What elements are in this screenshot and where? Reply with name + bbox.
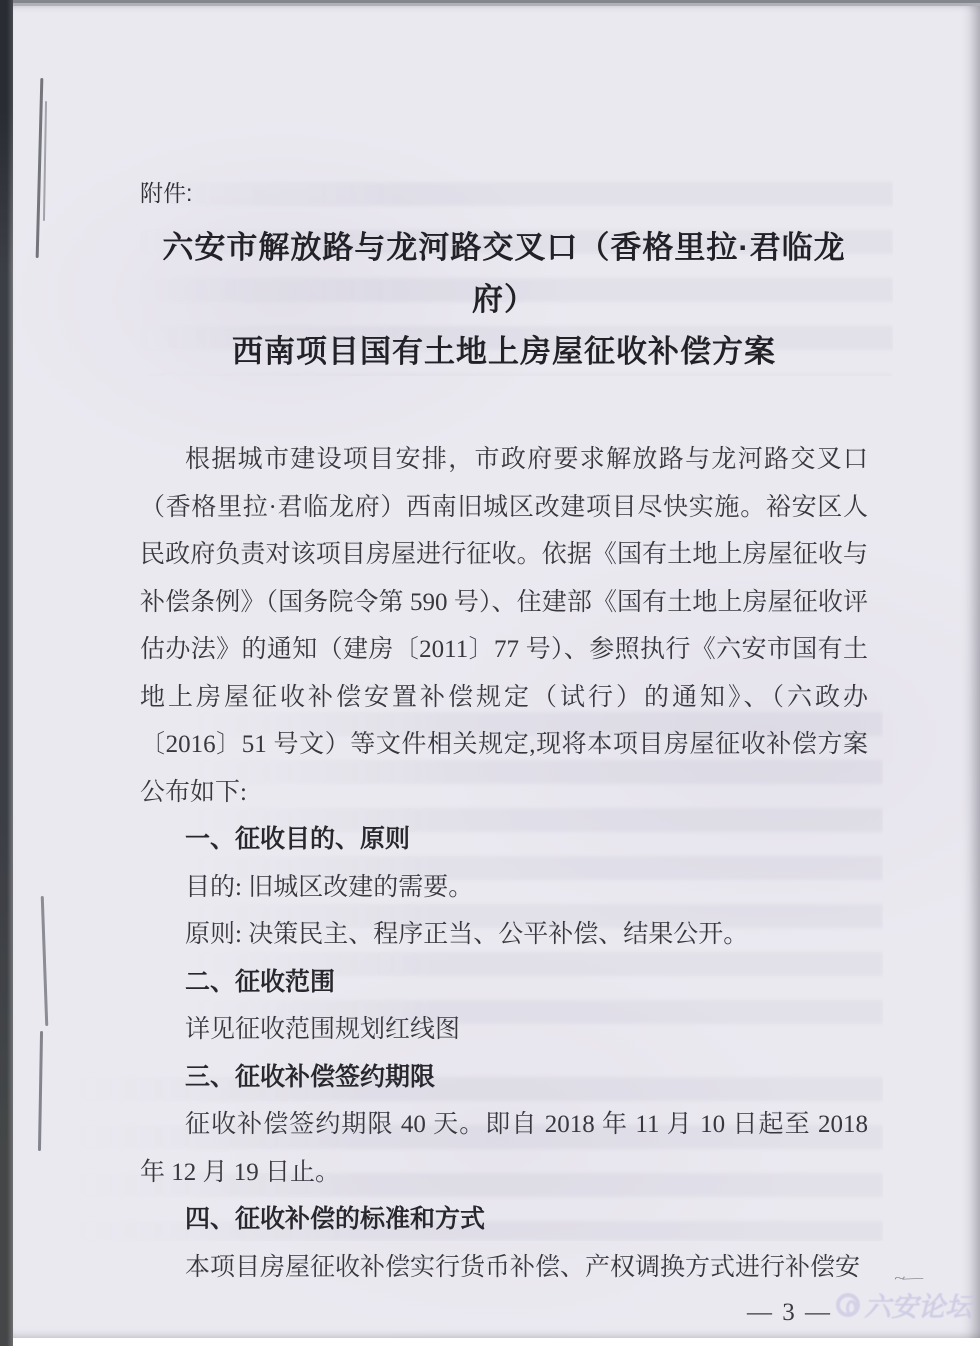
staple-mark — [36, 78, 44, 258]
forum-logo-icon — [836, 1293, 860, 1317]
forum-watermark-text: 六安论坛 — [864, 1285, 972, 1324]
paper-sheet: 附件: 六安市解放路与龙河路交叉口（香格里拉·君临龙府） 西南项目国有土地上房屋… — [13, 6, 980, 1338]
heading-section-4: 四、征收补偿的标准和方式 — [140, 1196, 868, 1244]
forum-watermark: 六安论坛 — [836, 1285, 972, 1324]
document-body: 根据城市建设项目安排，市政府要求解放路与龙河路交叉口（香格里拉·君临龙府）西南旧… — [140, 436, 868, 1291]
document-content: 附件: 六安市解放路与龙河路交叉口（香格里拉·君临龙府） 西南项目国有土地上房屋… — [140, 178, 868, 1333]
staple-mark — [43, 101, 47, 221]
heading-section-2: 二、征收范围 — [140, 959, 868, 1007]
attachment-label: 附件: — [140, 178, 868, 208]
staple-mark — [41, 896, 49, 1026]
heading-section-1: 一、征收目的、原则 — [140, 816, 868, 864]
paragraph-purpose: 目的: 旧城区改建的需要。 — [140, 864, 868, 912]
paragraph-scope: 详见征收范围规划红线图 — [140, 1006, 868, 1054]
scanner-edge-left — [0, 0, 13, 1346]
paragraph-principles: 原则: 决策民主、程序正当、公平补偿、结果公开。 — [140, 911, 868, 959]
document-title-line1: 六安市解放路与龙河路交叉口（香格里拉·君临龙府） — [140, 222, 868, 326]
document-title-line2: 西南项目国有土地上房屋征收补偿方案 — [140, 326, 868, 378]
page-number: — 3 — — [140, 1293, 868, 1333]
document-title: 六安市解放路与龙河路交叉口（香格里拉·君临龙府） 西南项目国有土地上房屋征收补偿… — [140, 222, 868, 378]
pen-mark: ~— — [893, 1269, 920, 1286]
staple-mark — [38, 1031, 43, 1151]
paragraph-signing-period: 征收补偿签约期限 40 天。即自 2018 年 11 月 10 日起至 2018… — [140, 1101, 868, 1196]
paragraph-compensation: 本项目房屋征收补偿实行货币补偿、产权调换方式进行补偿安 — [140, 1244, 868, 1292]
heading-section-3: 三、征收补偿签约期限 — [140, 1054, 868, 1102]
scanned-page: 附件: 六安市解放路与龙河路交叉口（香格里拉·君临龙府） 西南项目国有土地上房屋… — [0, 0, 980, 1359]
paragraph-intro: 根据城市建设项目安排，市政府要求解放路与龙河路交叉口（香格里拉·君临龙府）西南旧… — [140, 436, 868, 816]
